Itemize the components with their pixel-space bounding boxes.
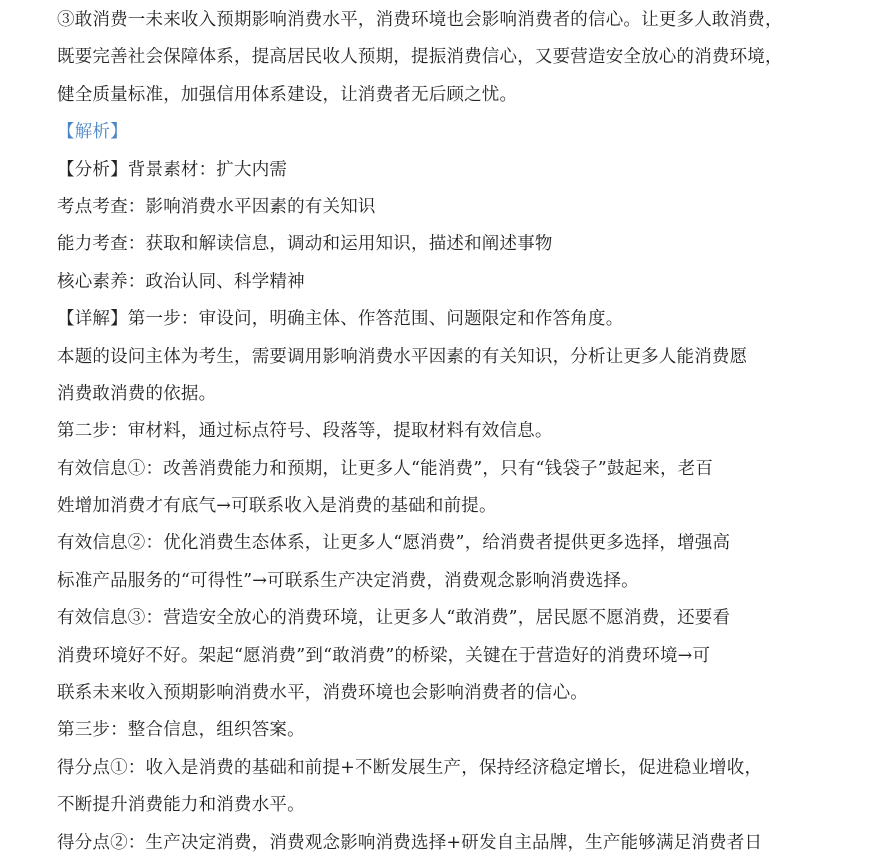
effective-info-1-line-2: 姓增加消费才有底气→可联系收入是消费的基础和前提。 <box>57 488 827 525</box>
effective-info-3-line-1: 有效信息③：营造安全放心的消费环境，让更多人“敢消费”，居民愿不愿消费，还要看 <box>57 600 827 637</box>
ability-check: 能力考查：获取和解读信息，调动和运用知识，描述和阐述事物 <box>57 226 827 263</box>
effective-info-3-line-3: 联系未来收入预期影响消费水平，消费环境也会影响消费者的信心。 <box>57 675 827 712</box>
analysis-background: 【分析】背景素材：扩大内需 <box>57 152 827 189</box>
scoring-point-1-line-2: 不断提升消费能力和消费水平。 <box>57 787 827 824</box>
effective-info-3-line-2: 消费环境好不好。架起“愿消费”到“敢消费”的桥梁，关键在于营造好的消费环境→可 <box>57 638 827 675</box>
effective-info-2-line-1: 有效信息②：优化消费生态体系，让更多人“愿消费”，给消费者提供更多选择，增强高 <box>57 525 827 562</box>
step-3: 第三步：整合信息，组织答案。 <box>57 712 827 749</box>
answer-point-3-line-3: 健全质量标准，加强信用体系建设，让消费者无后顾之忧。 <box>57 77 827 114</box>
scoring-point-2-line-1: 得分点②：生产决定消费，消费观念影响消费选择+研发自主品牌，生产能够满足消费者日 <box>57 825 827 859</box>
question-subject-line-2: 消费敢消费的依据。 <box>57 376 827 413</box>
scoring-point-1-line-1: 得分点①：收入是消费的基础和前提+不断发展生产，保持经济稳定增长，促进稳业增收， <box>57 750 827 787</box>
analysis-heading: 【解析】 <box>57 114 827 151</box>
document-page: ③敢消费一未来收入预期影响消费水平，消费环境也会影响消费者的信心。让更多人敢消费… <box>57 2 827 859</box>
answer-point-3-line-2: 既要完善社会保障体系，提高居民收人预期，提振消费信心，又要营造安全放心的消费环境… <box>57 39 827 76</box>
question-subject-line-1: 本题的设问主体为考生，需要调用影响消费水平因素的有关知识，分析让更多人能消费愿 <box>57 339 827 376</box>
step-2: 第二步：审材料，通过标点符号、段落等，提取材料有效信息。 <box>57 413 827 450</box>
effective-info-2-line-2: 标准产品服务的“可得性”→可联系生产决定消费，消费观念影响消费选择。 <box>57 563 827 600</box>
exam-point: 考点考查：影响消费水平因素的有关知识 <box>57 189 827 226</box>
core-literacy: 核心素养：政治认同、科学精神 <box>57 264 827 301</box>
detail-step-1: 【详解】第一步：审设问，明确主体、作答范围、问题限定和作答角度。 <box>57 301 827 338</box>
effective-info-1-line-1: 有效信息①：改善消费能力和预期，让更多人“能消费”，只有“钱袋子”鼓起来，老百 <box>57 451 827 488</box>
answer-point-3-line-1: ③敢消费一未来收入预期影响消费水平，消费环境也会影响消费者的信心。让更多人敢消费… <box>57 2 827 39</box>
